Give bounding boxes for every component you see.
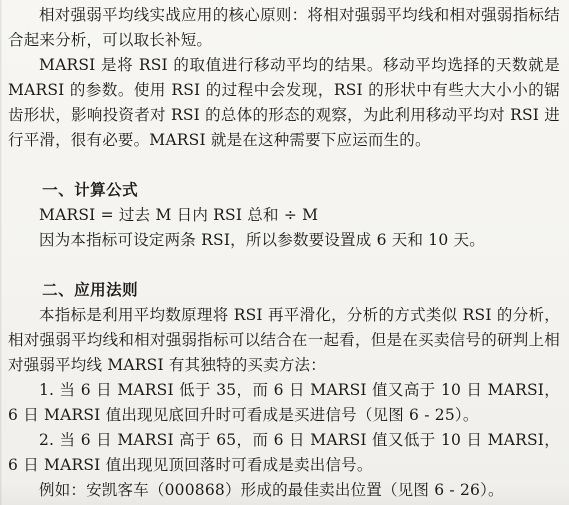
- scanned-book-page: 相对强弱平均线实战应用的核心原则：将相对强弱平均线和相对强弱指标结合起来分析，可…: [0, 0, 569, 505]
- rule-1-item: 1. 当 6 日 MARSI 低于 35，而 6 日 MARSI 值又高于 10…: [8, 378, 560, 428]
- parameter-note-line: 因为本指标可设定两条 RSI，所以参数要设置成 6 天和 10 天。: [8, 228, 560, 253]
- intro-paragraph: 相对强弱平均线实战应用的核心原则：将相对强弱平均线和相对强弱指标结合起来分析，可…: [8, 3, 560, 53]
- rules-intro-paragraph: 本指标是利用平均数原理将 RSI 再平滑化，分析的方式类似 RSI 的分析，相对…: [8, 303, 560, 378]
- section-1-heading: 一、计算公式: [8, 178, 560, 203]
- section-2-heading: 二、应用法则: [8, 278, 560, 303]
- rule-2-item: 2. 当 6 日 MARSI 高于 65，而 6 日 MARSI 值又低于 10…: [8, 428, 560, 478]
- formula-line: MARSI = 过去 M 日内 RSI 总和 ÷ M: [8, 203, 560, 228]
- example-line: 例如：安凯客车（000868）形成的最佳卖出位置（见图 6 - 26）。: [8, 478, 560, 503]
- marsi-description-paragraph: MARSI 是将 RSI 的取值进行移动平均的结果。移动平均选择的天数就是 MA…: [8, 53, 560, 153]
